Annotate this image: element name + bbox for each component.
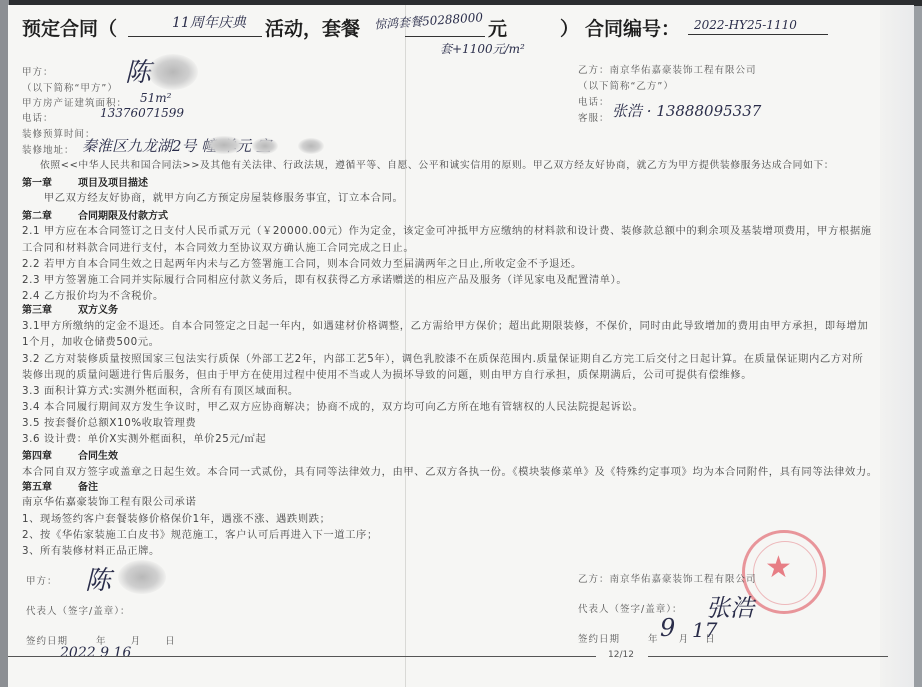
sig-a-day-label: 日 [165,636,176,647]
chapter-heading: 第四章合同生效 [22,447,118,462]
clause-line: 2、按《华佑家装施工白皮书》规范施工，客户认可后再进入下一道工序； [22,526,378,541]
party-b-label-text: 乙方： [578,65,610,76]
price-note-handwritten: 套+1100元/m² [440,40,525,57]
sig-b-rep-label: 代表人（签字/盖章）： [578,601,682,615]
clause-line: 2.4 乙方报价均为不含税价。 [22,287,164,302]
clause-line: 3.6 设计费：单价X实测外框面积，单价25元/㎡起 [22,430,266,445]
page-edge-shadow [880,5,914,687]
clause-line: 3.3 面积计算方式:实测外框面积，含所有有顶区域面积。 [22,382,299,397]
sig-a-rep-label: 代表人（签字/盖章）： [26,603,130,617]
clause-line: 2.3 甲方签署施工合同并实际履行合同相应付款义务后，即有权获得乙方承诺赠送的相… [22,271,627,286]
chapter-heading: 第二章合同期限及付款方式 [22,207,168,222]
party-a-alias: （以下简称“甲方”） [22,80,118,94]
redacted-room-blur [298,138,324,154]
sig-b-day-handwritten: 17 [692,618,717,642]
clause-line: 3、所有装修材料正品正牌。 [22,542,160,557]
sig-b-label: 乙方：南京华佑嘉豪装饰工程有限公司 [578,571,757,585]
chapter-number: 第五章 [22,482,52,493]
chapter-title: 合同期限及付款方式 [78,211,168,222]
party-a-phone-value: 13376071599 [100,106,184,120]
redacted-name-blur [148,54,198,90]
sig-b-date-text: 签约日期 [578,634,620,645]
chapter-title: 项目及项目描述 [78,178,148,189]
clause-line: 1个月，加收仓储费500元。 [22,333,160,348]
preamble: 依照<<中华人民共和国合同法>>及其他有关法律、行政法规，遵循平等、自愿、公平和… [40,157,834,171]
party-b-company: 南京华佑嘉豪装饰工程有限公司 [610,65,757,76]
party-a-label: 甲方： [22,64,54,78]
sig-b-month-handwritten: 9 [660,614,675,642]
sig-a-date-handwritten: 2022 9 16 [60,645,131,661]
clause-line: 3.2 乙方对装修质量按照国家三包法实行质保（外部工艺2年，内部工艺5年），调色… [22,350,863,365]
activity-underline [128,36,262,37]
close-paren: ） [560,14,579,41]
party-b-phone-label: 电话： [578,94,610,108]
party-a-phone-label: 电话： [22,110,54,124]
party-b-label: 乙方：南京华佑嘉豪装饰工程有限公司 [578,62,757,76]
clause-line: 装修出现的质量问题进行售后服务，但由于甲方在使用过程中使用不当或人为损坏导致的问… [22,366,752,381]
contract-number-value: 2022-HY25-1110 [694,18,797,32]
seal-star-icon: ★ [765,553,792,583]
activity-suffix: 活动，套餐 [265,14,360,41]
package-underline [405,36,485,37]
activity-handwritten: 11周年庆典 [172,12,246,32]
redacted-building-blur [205,136,243,154]
address-label: 装修地址： [22,142,75,156]
chapter-title: 备注 [78,482,98,493]
chapter-heading: 第三章双方义务 [22,301,118,316]
sig-a-name-handwritten: 陈 [85,560,111,597]
service-label: 客服： [578,110,610,124]
chapter-title: 双方义务 [78,305,118,316]
contract-number-underline [688,34,828,35]
sig-b-month-label: 月 [679,634,690,645]
currency-unit: 元 [488,14,507,41]
redacted-unit-blur [252,138,278,154]
clause-line: 甲乙双方经友好协商，就甲方向乙方预定房屋装修服务事宜，订立本合同。 [22,189,403,204]
clause-line: 3.1甲方所缴纳的定金不退还。自本合同签定之日起一年内，如遇建材价格调整，乙方需… [22,317,868,332]
sig-b-year-label: 年 [648,634,659,645]
area-value: 51m² [140,91,171,105]
footer-rule-left [8,656,596,657]
page-number: 12/12 [608,650,634,660]
redacted-signature-blur [118,560,166,594]
chapter-number: 第二章 [22,211,52,222]
clause-line: 3.4 本合同履行期间双方发生争议时，甲乙双方应协商解决；协商不成的，双方均可向… [22,398,643,413]
chapter-number: 第三章 [22,305,52,316]
page-fold-line [405,5,406,687]
chapter-number: 第一章 [22,178,52,189]
sig-b-label-text: 乙方： [578,574,610,585]
clause-line: 1、现场签约客户套餐装修价格保价1年，遇涨不涨、遇跌则跌； [22,510,331,525]
service-value: 张浩 · 13888095337 [612,100,761,121]
chapter-heading: 第五章备注 [22,478,98,493]
sig-a-label: 甲方： [26,573,58,587]
chapter-number: 第四章 [22,451,52,462]
clause-line: 工合同和材料款合同进行支付，本合同效力至协议双方确认施工合同完成之日止。 [22,239,414,254]
clause-line: 2.2 若甲方自本合同生效之日起两年内未与乙方签署施工合同，则本合同效力至届满两… [22,255,582,270]
party-b-alias: （以下简称“乙方”） [578,78,674,92]
chapter-heading: 第一章项目及项目描述 [22,174,148,189]
sig-b-company: 南京华佑嘉豪装饰工程有限公司 [610,574,757,585]
sig-a-month-label: 月 [131,636,142,647]
clause-line: 2.1 甲方应在本合同签订之日支付人民币贰万元（￥20000.00元）作为定金，… [22,222,872,237]
chapter-title: 合同生效 [78,451,118,462]
contract-title: 预定合同（ [22,14,117,41]
footer-rule-right [648,656,888,657]
clause-line: 本合同自双方签字或盖章之日起生效。本合同一式贰份，具有同等法律效力，由甲、乙双方… [22,463,878,478]
clause-line: 3.5 按套餐价总额X10%收取管理费 [22,414,196,429]
clause-line: 南京华佑嘉豪装饰工程有限公司承诺 [22,493,196,508]
contract-number-label: 合同编号： [585,14,680,41]
